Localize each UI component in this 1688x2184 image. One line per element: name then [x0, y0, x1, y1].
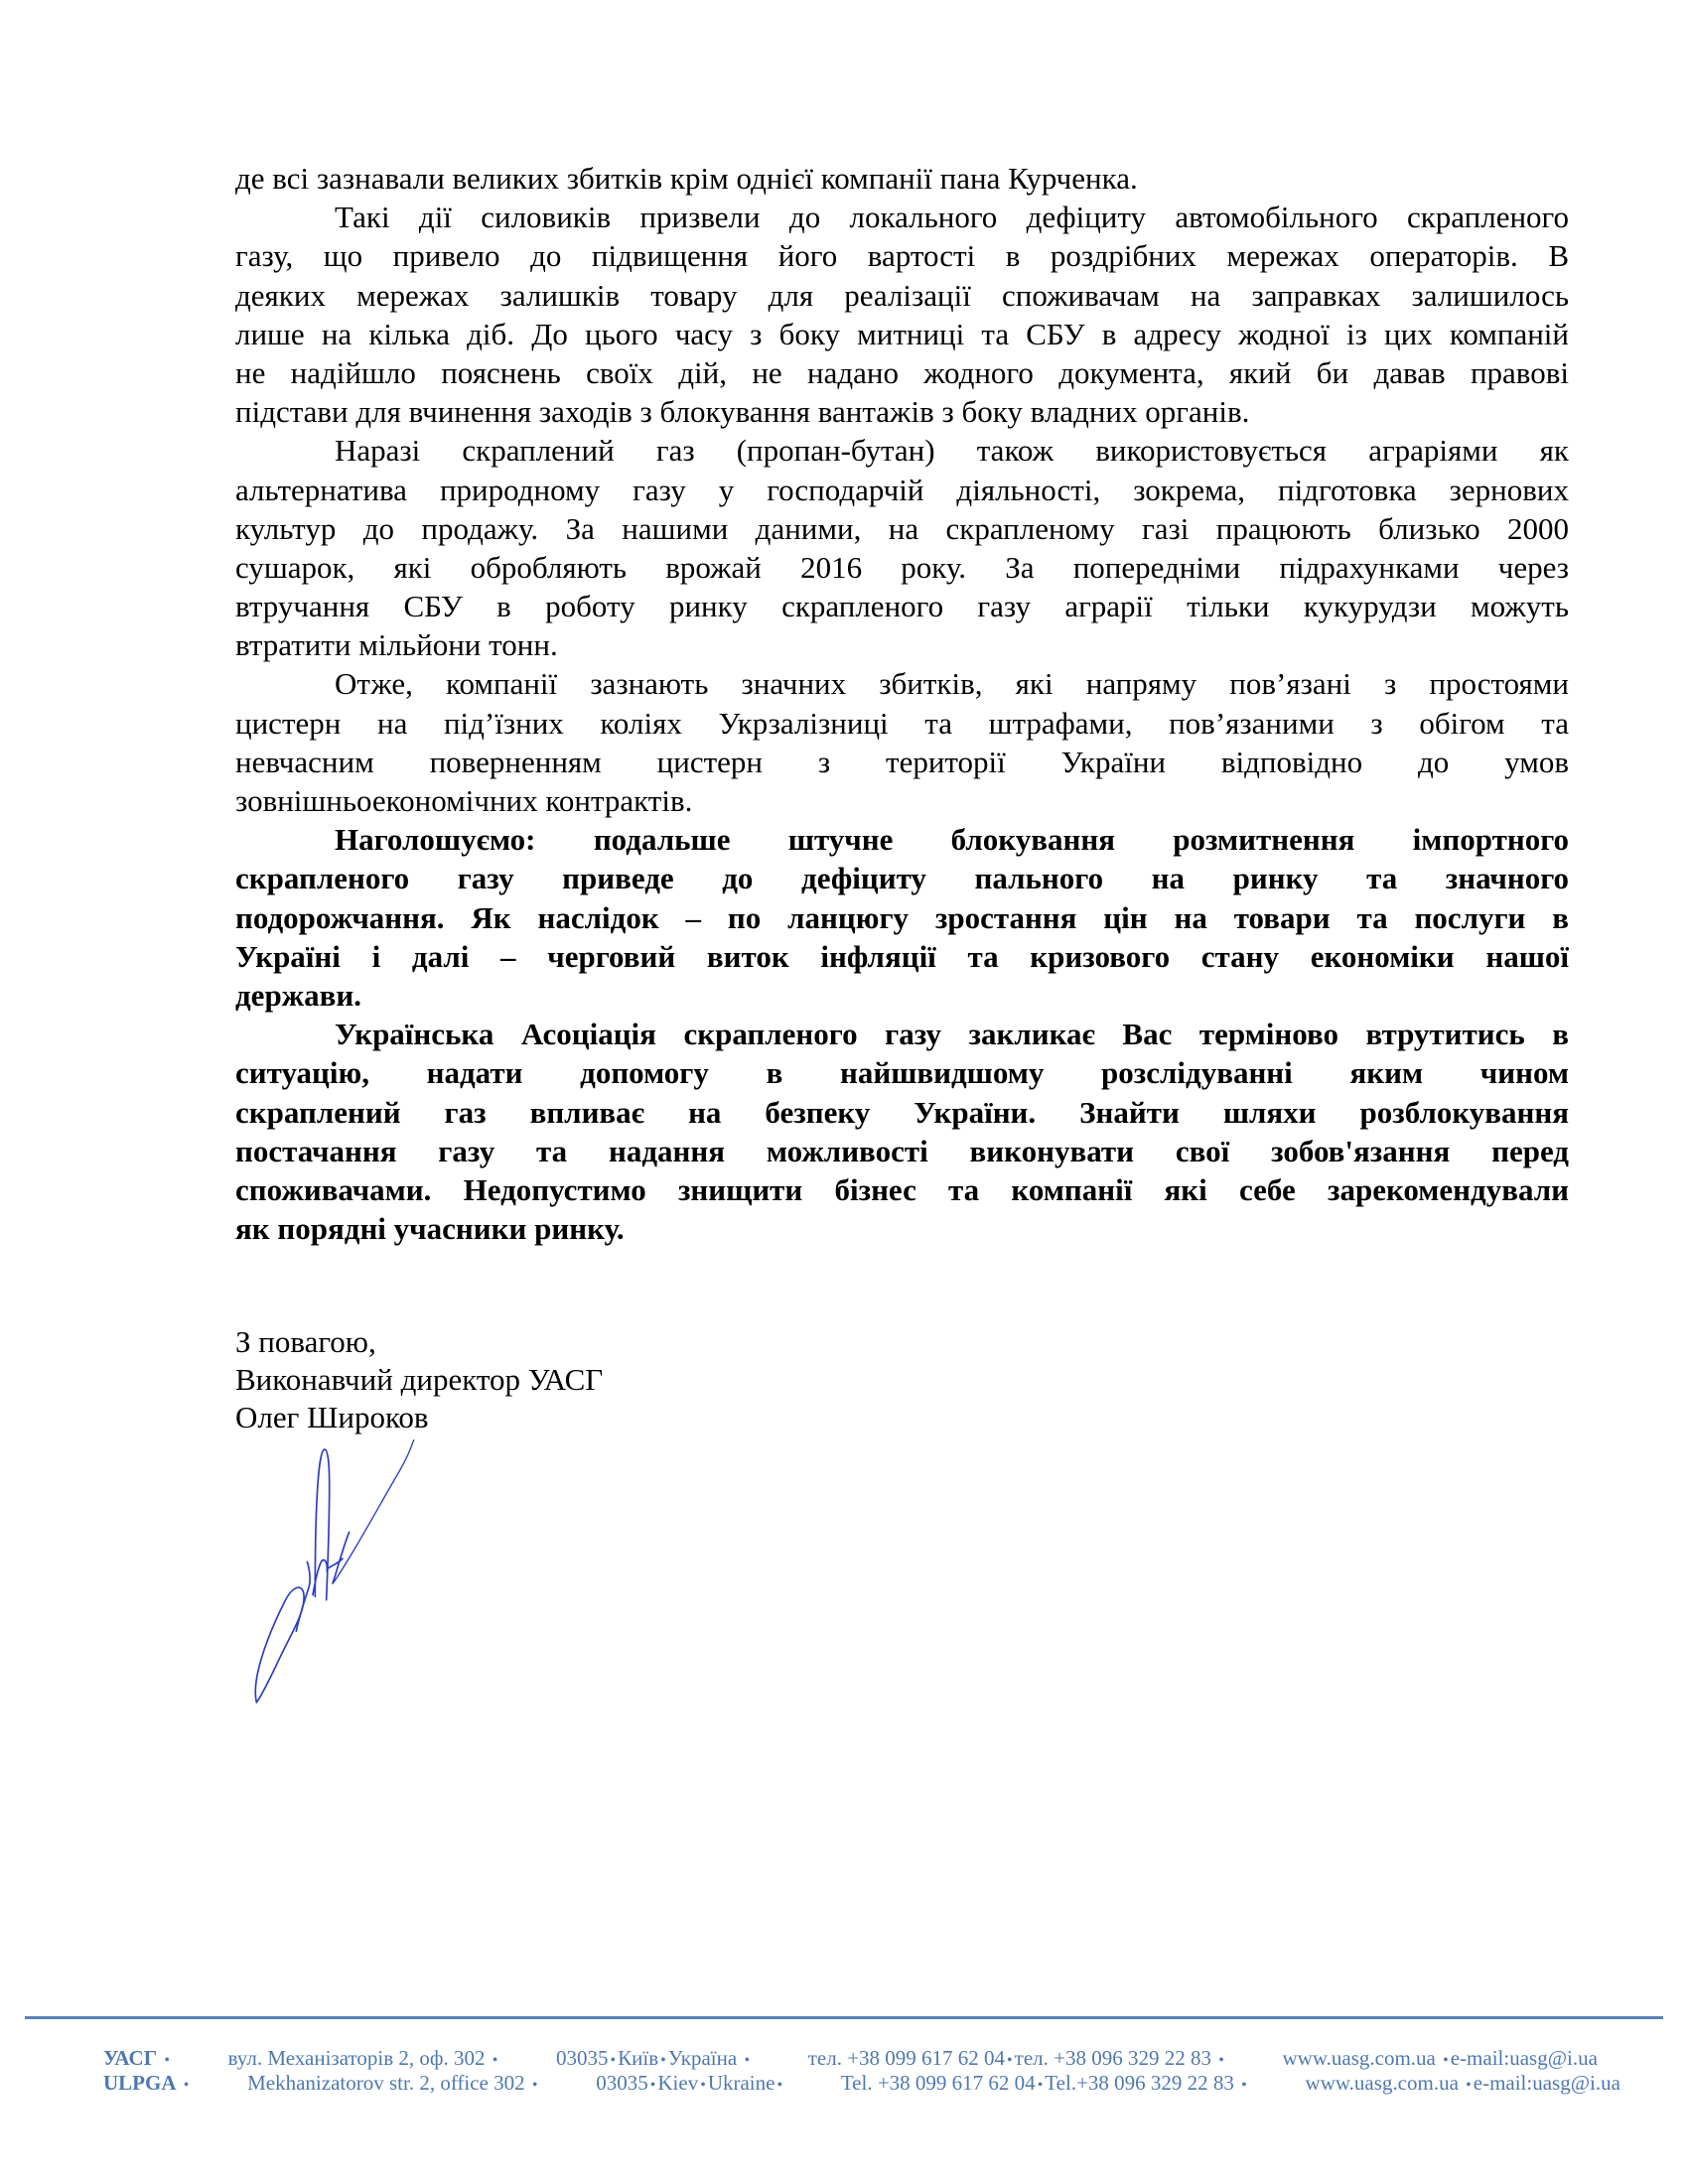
body-line: де всі зазнавали великих збитків крім од… [235, 159, 1569, 198]
bullet-separator: • [660, 2052, 666, 2069]
bullet-separator: • [1241, 2077, 1247, 2094]
body-line: втратити мільйони тонн. [235, 625, 1569, 664]
footer-contacts: УАСГ • вул. Механізаторів 2, оф. 302 • 0… [103, 2047, 1620, 2097]
footer-row-english: ULPGA • Mekhanizatorov str. 2, office 30… [103, 2072, 1620, 2097]
body-line: культур до продажу. За нашими даними, на… [235, 509, 1569, 548]
postcode-en: 03035 [596, 2071, 648, 2095]
letter-body: де всі зазнавали великих збитків крім од… [235, 159, 1569, 1248]
bullet-separator: • [650, 2077, 656, 2094]
city-en: Kiev [657, 2071, 698, 2095]
body-line-emphasis: постачання газу та надання можливості ви… [235, 1132, 1569, 1170]
address-ua: вул. Механізаторів 2, оф. 302 [228, 2046, 486, 2070]
website-link-ua[interactable]: www.uasg.com.ua [1283, 2046, 1436, 2070]
body-line: газу, що привело до підвищення його варт… [235, 236, 1569, 275]
body-line: цистерн на під’їзних коліях Укрзалізниці… [235, 704, 1569, 743]
org-abbrev-en: ULPGA [103, 2071, 177, 2095]
bullet-separator: • [1218, 2052, 1224, 2069]
email-link-en[interactable]: e-mail:uasg@i.ua [1474, 2071, 1620, 2095]
body-line-emphasis: як порядні учасники ринку. [235, 1209, 1569, 1248]
body-line-emphasis: споживачами. Недопустимо знищити бізнес … [235, 1170, 1569, 1209]
address-en: Mekhanizatorov str. 2, office 302 [247, 2071, 525, 2095]
bullet-separator: • [700, 2077, 706, 2094]
body-line: лише на кілька діб. До цього часу з боку… [235, 315, 1569, 353]
bullet-separator: • [532, 2077, 538, 2094]
bullet-separator: • [776, 2077, 782, 2094]
body-line: Наразі скраплений газ (пропан-бутан) так… [235, 431, 1569, 470]
signer-position: Виконавчий директор УАСГ [235, 1361, 603, 1399]
body-line-emphasis: ситуацію, надати допомогу в найшвидшому … [235, 1053, 1569, 1092]
body-line: втручання СБУ в роботу ринку скрапленого… [235, 587, 1569, 625]
body-line: не надійшло пояснень своїх дій, не надан… [235, 353, 1569, 392]
body-line: Отже, компанії зазнають значних збитків,… [235, 664, 1569, 703]
body-line-emphasis: Наголошуємо: подальше штучне блокування … [235, 820, 1569, 859]
phone2-ua: тел. +38 096 329 22 83 [1015, 2046, 1211, 2070]
phone1-en: Tel. +38 099 617 62 04 [841, 2071, 1036, 2095]
bullet-separator: • [492, 2052, 498, 2069]
body-line: деяких мережах залишків товару для реалі… [235, 276, 1569, 315]
body-line-emphasis: Українська Асоціація скрапленого газу за… [235, 1015, 1569, 1053]
body-line-emphasis: скраплений газ впливає на безпеку Україн… [235, 1093, 1569, 1132]
bullet-separator: • [1443, 2052, 1449, 2069]
country-ua: Україна [668, 2046, 737, 2070]
bullet-separator: • [611, 2052, 617, 2069]
handwritten-signature [228, 1430, 427, 1717]
letter-page: де всі зазнавали великих збитків крім од… [0, 0, 1688, 2184]
body-line-emphasis: скрапленого газу приведе до дефіциту пал… [235, 859, 1569, 897]
phone2-en: Tel.+38 096 329 22 83 [1045, 2071, 1234, 2095]
body-line-emphasis: подорожчання. Як наслідок – по ланцюгу з… [235, 898, 1569, 937]
bullet-separator: • [184, 2077, 190, 2094]
phone1-ua: тел. +38 099 617 62 04 [808, 2046, 1005, 2070]
country-en: Ukraine [708, 2071, 775, 2095]
footer-divider [25, 2016, 1663, 2019]
body-line-emphasis: Україні і далі – черговий виток інфляції… [235, 937, 1569, 976]
body-line: Такі дії силовиків призвели до локальног… [235, 198, 1569, 236]
bullet-separator: • [164, 2052, 170, 2069]
body-line: підстави для вчинення заходів з блокуван… [235, 392, 1569, 431]
salutation: З повагою, [235, 1323, 603, 1361]
website-link-en[interactable]: www.uasg.com.ua [1306, 2071, 1459, 2095]
bullet-separator: • [1007, 2052, 1013, 2069]
email-link-ua[interactable]: e-mail:uasg@i.ua [1451, 2046, 1598, 2070]
bullet-separator: • [744, 2052, 750, 2069]
closing-block: З повагою, Виконавчий директор УАСГ Олег… [235, 1323, 603, 1437]
postcode-ua: 03035 [556, 2046, 609, 2070]
org-abbrev-ua: УАСГ [103, 2046, 157, 2070]
city-ua: Київ [618, 2046, 658, 2070]
body-line: зовнішньоекономічних контрактів. [235, 781, 1569, 820]
footer-row-ukrainian: УАСГ • вул. Механізаторів 2, оф. 302 • 0… [103, 2047, 1598, 2072]
bullet-separator: • [1038, 2077, 1044, 2094]
body-line-emphasis: держави. [235, 976, 1569, 1015]
body-line: невчасним поверненням цистерн з територі… [235, 743, 1569, 781]
body-line: сушарок, які обробляють врожай 2016 року… [235, 548, 1569, 587]
body-line: альтернатива природному газу у господарч… [235, 471, 1569, 509]
bullet-separator: • [1466, 2077, 1472, 2094]
